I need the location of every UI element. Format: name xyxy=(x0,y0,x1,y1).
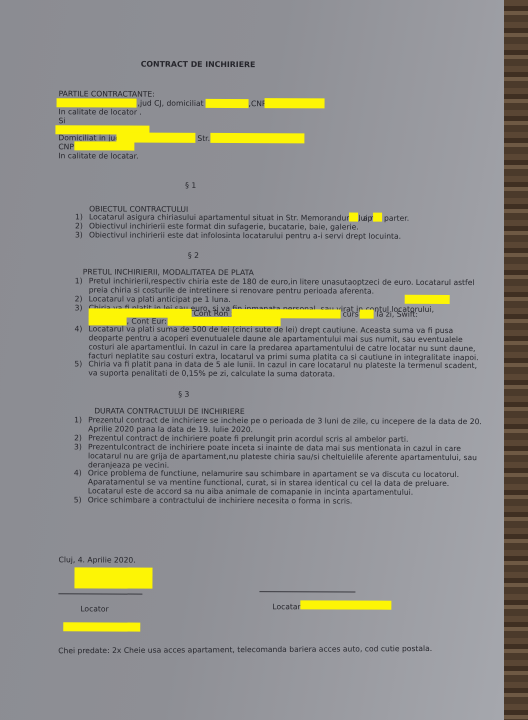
locator-label: Locator xyxy=(80,604,108,613)
section1-item1-b: , ap xyxy=(358,214,372,223)
item-number: 3) xyxy=(75,230,83,239)
curs-label: curs xyxy=(343,309,359,318)
parties-and: Si xyxy=(58,116,65,125)
section2-symbol: § 2 xyxy=(188,251,199,260)
redaction-box xyxy=(74,141,134,150)
section3-symbol: § 3 xyxy=(178,390,189,399)
redaction-box xyxy=(210,133,304,143)
redaction-box xyxy=(206,99,249,108)
section2-item5-line2: va suporta penalitati de 0,15% pe zi, ca… xyxy=(88,368,335,378)
item-number: 2) xyxy=(75,221,83,230)
place-date: Cluj, 4. Aprilie 2020. xyxy=(59,555,136,565)
redaction-box xyxy=(57,98,137,107)
redaction-box xyxy=(74,567,152,588)
item-number: 1) xyxy=(75,276,83,285)
item-number: 2) xyxy=(75,294,83,303)
cnp-label: CNP xyxy=(58,142,74,151)
redaction-box xyxy=(360,310,374,319)
item-number: 5) xyxy=(74,495,82,504)
item-number: 2) xyxy=(74,433,82,442)
item-number: 4) xyxy=(74,468,82,477)
redaction-box xyxy=(405,295,450,304)
item-number: 1) xyxy=(75,212,83,221)
document-title: CONTRACT DE INCHIRIERE xyxy=(141,60,256,70)
keys-handed-over-note: Chei predate: 2x Cheie usa acces apartam… xyxy=(58,644,432,655)
parties-line1-a: ,jud CJ, domiciliat in xyxy=(138,99,213,109)
redaction-box xyxy=(373,213,382,222)
item-number: 5) xyxy=(74,359,82,368)
item-number: 3) xyxy=(75,303,83,312)
item-number: 1) xyxy=(74,415,82,424)
item-number: 4) xyxy=(75,324,83,333)
redaction-box xyxy=(349,213,358,222)
item-number: 3) xyxy=(74,442,82,451)
section1-symbol: § 1 xyxy=(185,181,196,190)
locator-role: In calitate de locator . xyxy=(58,107,141,117)
locatar-signature-line xyxy=(259,591,355,592)
section3-item5: Orice schimbare a contractului de inchir… xyxy=(88,495,353,505)
redaction-box xyxy=(300,600,391,609)
section1-item1-c: parter. xyxy=(384,214,409,223)
street-label: Str. xyxy=(197,134,210,143)
section1-item3: Obiectivul inchirierii este dat infolosi… xyxy=(89,230,401,241)
la-zi-swift-label: la zi, Swift: xyxy=(377,310,418,319)
redaction-box xyxy=(63,622,140,631)
contract-document: CONTRACT DE INCHIRIERE PARTILE CONTRACTA… xyxy=(0,0,528,720)
redaction-box xyxy=(265,98,325,108)
locator-signature-line xyxy=(58,593,142,594)
locatar-label: Locatar xyxy=(272,602,300,611)
locatar-role: In calitate de locatar. xyxy=(58,151,138,161)
